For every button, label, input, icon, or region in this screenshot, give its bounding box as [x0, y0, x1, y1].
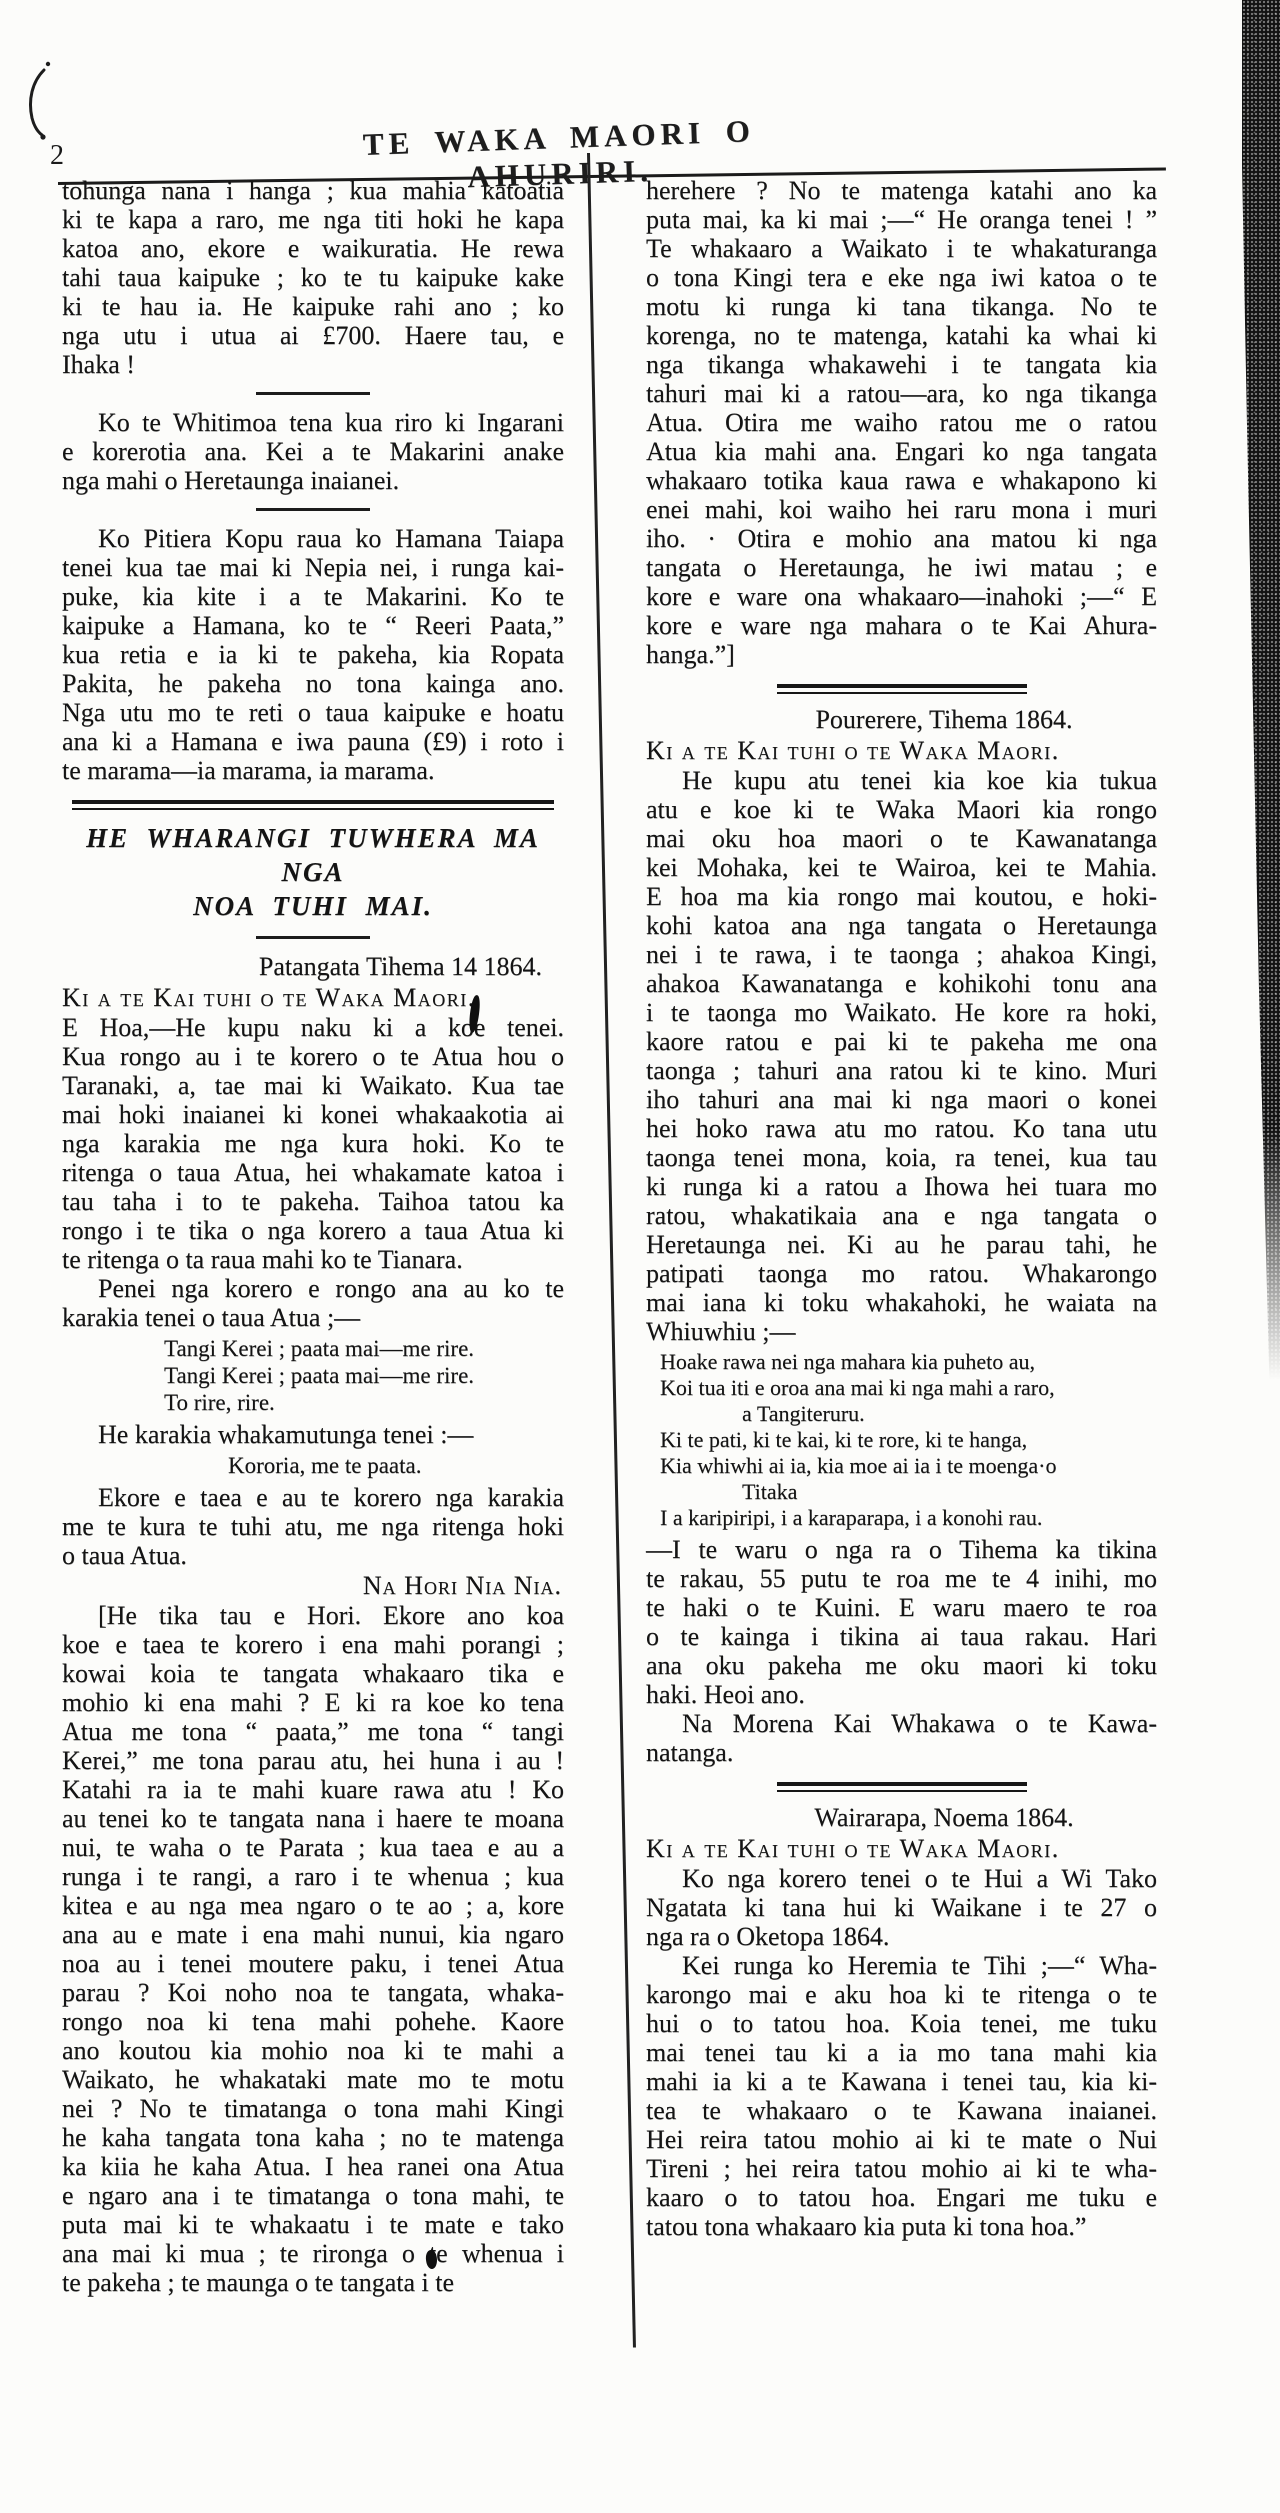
scan-gutter-shadow	[1242, 0, 1280, 1380]
text-line: nui, te waha o te Parata ; kua taea e au…	[62, 1833, 564, 1862]
right-column: herehere ? No te matenga katahi ano kapu…	[646, 176, 1157, 2241]
text-line: rongo noa ki tena mahi pohehe. Kaore	[62, 2007, 564, 2036]
text-line: mai tenei tau ki a ia mo tana mahi kia	[646, 2038, 1157, 2067]
text-line: me te kura te tuhi atu, me nga ritenga h…	[62, 1512, 564, 1541]
text-line: hui o to tatou hoa. Koia tenei, me tuku	[646, 2009, 1157, 2038]
text-line: karakia tenei o taua Atua ;—	[62, 1303, 564, 1332]
text-line: tohunga nana i hanga ; kua mahia katoati…	[62, 176, 564, 205]
text-line: nga ra o Oketopa 1864.	[646, 1922, 1157, 1951]
signature-line: Na Hori Nia Nia.	[62, 1570, 564, 1601]
text-line: ki te hau ia. He kaipuke rahi ano ; ko	[62, 292, 564, 321]
text-line: ki runga ki a ratou a Ihowa hei tuara mo	[646, 1172, 1157, 1201]
text-line: Taranaki, a, tae mai ki Waikato. Kua tae	[62, 1071, 564, 1100]
text-line: Ekore e taea e au te korero nga karakia	[62, 1483, 564, 1512]
text-line: kaaro o to tatou hoa. Engari me tuku e	[646, 2183, 1157, 2212]
text-line: o tona Kingi tera e eke nga iwi katoa o …	[646, 263, 1157, 292]
salutation-line: Ki a te Kai tuhi o te Waka Maori.	[646, 1833, 1157, 1864]
text-line: mai hoki inaianei ki konei whakaakotia a…	[62, 1100, 564, 1129]
text-line: parau ? Koi noho noa te tangata, whaka-	[62, 1978, 564, 2007]
paragraph: E Hoa,—He kupu naku ki a koe tenei.Kua r…	[62, 1013, 564, 1274]
text-line: whakaaro totika kaua rawa e whakapono ki	[646, 466, 1157, 495]
text-line: au tenei ko te tangata nana i haere te m…	[62, 1804, 564, 1833]
paragraph: Ko Pitiera Kopu raua ko Hamana Taiapaten…	[62, 524, 564, 785]
text-line: o taua Atua.	[62, 1541, 564, 1570]
left-column: tohunga nana i hanga ; kua mahia katoati…	[62, 176, 564, 2297]
text-line: tatou tona whakaaro kia puta ki tona hoa…	[646, 2212, 1157, 2241]
verse-line: Titaka	[742, 1479, 1157, 1505]
text-line: Ko nga korero tenei o te Hui a Wi Tako	[646, 1864, 1157, 1893]
text-line: E hoa ma kia rongo mai koutou, e hoki-	[646, 882, 1157, 911]
text-line: ka kiia he kaha Atua. I hea ranei ona At…	[62, 2152, 564, 2181]
text-line: Ko Pitiera Kopu raua ko Hamana Taiapa	[62, 524, 564, 553]
text-line: puta mai ki te whakaatu i te mate e tako	[62, 2210, 564, 2239]
text-line: karongo mai e aku hoa ki te ritenga o te	[646, 1980, 1157, 2009]
text-line: he kaha tangata tona kaha ; no te mateng…	[62, 2123, 564, 2152]
text-line: iho tahuri ana mai ki nga maori o konei	[646, 1085, 1157, 1114]
text-line: kei Mohaka, kei te Wairoa, kei te Mahia.	[646, 853, 1157, 882]
verse-line: Hoake rawa nei nga mahara kia puheto au,	[660, 1349, 1157, 1375]
paragraph: tohunga nana i hanga ; kua mahia katoati…	[62, 176, 564, 379]
paragraph: Ko nga korero tenei o te Hui a Wi TakoNg…	[646, 1864, 1157, 1951]
text-line: Tireni ; hei reira tatou mohio ai ki te …	[646, 2154, 1157, 2183]
text-line: kowai koia te tangata whakaaro tika e	[62, 1659, 564, 1688]
text-line: puta mai, ka ki mai ;—“ He oranga tenei …	[646, 205, 1157, 234]
text-line: Ko te Whitimoa tena kua riro ki Ingarani	[62, 408, 564, 437]
text-line: Heretaunga nei. Ki au he parau tahi, he	[646, 1230, 1157, 1259]
verse-block: Hoake rawa nei nga mahara kia puheto au,…	[660, 1349, 1157, 1531]
verse-line: Tangi Kerei ; paata mai—me rire.	[164, 1335, 564, 1362]
verse-line: Kia whiwhi ai ia, kia moe ai ia i te moe…	[660, 1453, 1157, 1479]
text-line: nei i te rawa, i te taonga ; ahakoa King…	[646, 940, 1157, 969]
text-line: ritenga o taua Atua, hei whakamate katoa…	[62, 1158, 564, 1187]
text-line: tenei kua tae mai ki Nepia nei, i runga …	[62, 553, 564, 582]
text-line: mai iana ki toku whakahoki, he waiata na	[646, 1288, 1157, 1317]
paragraph: Ekore e taea e au te korero nga karakiam…	[62, 1483, 564, 1570]
text-line: kaipuke a Hamana, ko te “ Reeri Paata,”	[62, 611, 564, 640]
verse-block: Kororia, me te paata.	[164, 1452, 564, 1479]
text-line: hei hoko rawa atu mo ratou. Ko tana utu	[646, 1114, 1157, 1143]
text-line: nga karakia me nga kura hoki. Ko te	[62, 1129, 564, 1158]
text-line: mai oku hoa maori o te Kawanatanga	[646, 824, 1157, 853]
text-line: kua retia e ia ki te pakeha, kia Ropata	[62, 640, 564, 669]
text-line: te marama—ia marama, ia marama.	[62, 756, 564, 785]
text-line: Kua rongo au i te korero o te Atua hou o	[62, 1042, 564, 1071]
verse-line: Koi tua iti e oroa ana mai ki nga mahi a…	[660, 1375, 1157, 1401]
text-line: Te whakaaro a Waikato i te whakaturanga	[646, 234, 1157, 263]
heading-line: HE WHARANGI TUWHERA MA NGA	[62, 821, 564, 889]
salutation-line: Ki a te Kai tuhi o te Waka Maori.	[62, 982, 564, 1013]
text-line: atu e koe ki te Waka Maori kia rongo	[646, 795, 1157, 824]
newspaper-page: 2 TE WAKA MAORI O AHURIRI. tohunga nana …	[0, 0, 1280, 2513]
verse-line: Kororia, me te paata.	[228, 1452, 564, 1479]
text-line: te ritenga o ta raua mahi ko te Tianara.	[62, 1245, 564, 1274]
paragraph: herehere ? No te matenga katahi ano kapu…	[646, 176, 1157, 669]
text-line: natanga.	[646, 1738, 1157, 1767]
text-line: mahi ia ki a te Kawana i tenei tau, kia …	[646, 2067, 1157, 2096]
text-line: tangata o Heretaunga, he iwi matau ; e	[646, 553, 1157, 582]
text-line: ana mai ki mua ; te rironga o te whenua …	[62, 2239, 564, 2268]
text-line: Nga utu mo te reti o taua kaipuke e hoat…	[62, 698, 564, 727]
text-line: e korerotia ana. Kei a te Makarini anake	[62, 437, 564, 466]
paragraph: [He tika tau e Hori. Ekore ano koakoe e …	[62, 1601, 564, 2297]
heading-line: NOA TUHI MAI.	[62, 889, 564, 923]
text-line: o te kainga i tikina ai taua rakau. Hari	[646, 1622, 1157, 1651]
section-rule	[256, 936, 370, 939]
text-line: Katahi ra ia te mahi kuare rawa atu ! Ko	[62, 1775, 564, 1804]
column-divider-rule	[587, 153, 635, 2348]
text-line: Waikato, he whakataki mate mo te motu	[62, 2065, 564, 2094]
section-rule	[256, 508, 370, 511]
text-line: noa au i tenei moutere paku, i tenei Atu…	[62, 1949, 564, 1978]
text-line: herehere ? No te matenga katahi ano ka	[646, 176, 1157, 205]
text-line: ratou, whakatikaia ana e nga tangata o	[646, 1201, 1157, 1230]
text-line: iho. · Otira e mohio ana matou ki nga	[646, 524, 1157, 553]
paragraph: Ko te Whitimoa tena kua riro ki Ingarani…	[62, 408, 564, 495]
text-line: Atua. Otira me waiho ratou me o ratou	[646, 408, 1157, 437]
text-line: Atua me tona “ paata,” me tona “ tangi	[62, 1717, 564, 1746]
text-line: nei ? No te timatanga o tona mahi Kingi	[62, 2094, 564, 2123]
text-line: tahi taua kaipuke ; ko te tu kaipuke kak…	[62, 263, 564, 292]
section-heading: HE WHARANGI TUWHERA MA NGANOA TUHI MAI.	[62, 821, 564, 923]
text-line: He kupu atu tenei kia koe kia tukua	[646, 766, 1157, 795]
text-line: Penei nga korero e rongo ana au ko te	[62, 1274, 564, 1303]
dateline: Patangata Tihema 14 1864.	[62, 952, 564, 982]
verse-line: I a karipiripi, i a karaparapa, i a kono…	[660, 1505, 1157, 1531]
paragraph: Kei runga ko Heremia te Tihi ;—“ Wha-kar…	[646, 1951, 1157, 2241]
text-line: haki. Heoi ano.	[646, 1680, 1157, 1709]
text-line: ano koutou kia mohio noa ki te mahi a	[62, 2036, 564, 2065]
text-line: te rakau, 55 putu te roa me te 4 inihi, …	[646, 1564, 1157, 1593]
text-line: tea te whakaaro o te Kawana inaianei.	[646, 2096, 1157, 2125]
text-line: He karakia whakamutunga tenei :—	[62, 1420, 564, 1449]
text-line: Ngatata ki tana hui ki Waikane i te 27 o	[646, 1893, 1157, 1922]
text-line: nga mahi o Heretaunga inaianei.	[62, 466, 564, 495]
text-line: ana ki a Hamana e iwa pauna (£9) i roto …	[62, 727, 564, 756]
text-line: nga utu i utua ai £700. Haere tau, e	[62, 321, 564, 350]
text-line: enei mahi, koi waiho hei raru mona i mur…	[646, 495, 1157, 524]
text-line: taonga ; tahuri ana ratou ki te kino. Mu…	[646, 1056, 1157, 1085]
text-line: kitea e au nga mea ngaro o te ao ; a, ko…	[62, 1891, 564, 1920]
text-line: koe e taea te korero i ena mahi porangi …	[62, 1630, 564, 1659]
paragraph: Penei nga korero e rongo ana au ko tekar…	[62, 1274, 564, 1332]
text-line: Pakita, he pakeha no tona kainga ano.	[62, 669, 564, 698]
paragraph: He kupu atu tenei kia koe kia tukuaatu e…	[646, 766, 1157, 1346]
paragraph: He karakia whakamutunga tenei :—	[62, 1420, 564, 1449]
text-line: ki te kapa a raro, me nga titi hoki he k…	[62, 205, 564, 234]
text-line: kohi katoa ana nga tangata o Heretaunga	[646, 911, 1157, 940]
text-line: ana au e mate i ena mahi nunui, kia ngar…	[62, 1920, 564, 1949]
text-line: e ngaro ana i te timatanga o tona mahi, …	[62, 2181, 564, 2210]
text-line: kaore ratou e pai ki te pakeha me ona	[646, 1027, 1157, 1056]
text-line: te pakeha ; te maunga o te tangata i te	[62, 2268, 564, 2297]
text-line: tau taha i to te pakeha. Taihoa tatou ka	[62, 1187, 564, 1216]
text-line: puke, kia kite i a te Makarini. Ko te	[62, 582, 564, 611]
double-rule	[72, 800, 554, 810]
page-number: 2	[50, 140, 64, 172]
text-line: Na Morena Kai Whakawa o te Kawa-	[646, 1709, 1157, 1738]
text-line: motu ki runga ki tana tikanga. No te	[646, 292, 1157, 321]
text-line: runga i te rangi, a raro i te whenua ; k…	[62, 1862, 564, 1891]
text-line: rongo i te tika o nga korero a taua Atua…	[62, 1216, 564, 1245]
text-line: Atua kia mahi ana. Engari ko nga tangata	[646, 437, 1157, 466]
verse-line: Ki te pati, ki te kai, ki te rore, ki te…	[660, 1427, 1157, 1453]
text-line: —I te waru o nga ra o Tihema ka tikina	[646, 1535, 1157, 1564]
salutation-line: Ki a te Kai tuhi o te Waka Maori.	[646, 735, 1157, 766]
text-line: korenga, no te matenga, katahi ka whai k…	[646, 321, 1157, 350]
dateline: Pourerere, Tihema 1864.	[646, 705, 1157, 735]
text-line: [He tika tau e Hori. Ekore ano koa	[62, 1601, 564, 1630]
section-rule	[256, 392, 370, 395]
paragraph: Na Morena Kai Whakawa o te Kawa-natanga.	[646, 1709, 1157, 1767]
text-line: patipati taonga mo ratou. Whakarongo	[646, 1259, 1157, 1288]
text-line: E Hoa,—He kupu naku ki a koe tenei.	[62, 1013, 564, 1042]
text-line: nga tikanga whakawehi i te tangata kia	[646, 350, 1157, 379]
double-rule	[777, 1782, 1027, 1792]
text-line: Ihaka !	[62, 350, 564, 379]
text-line: kore e ware nga mahara o te Kai Ahura-	[646, 611, 1157, 640]
double-rule	[777, 684, 1027, 694]
verse-line: a Tangiteruru.	[742, 1401, 1157, 1427]
text-line: mohio ki ena mahi ? E ki ra koe ko tena	[62, 1688, 564, 1717]
text-line: Hei reira tatou mohio ai ki te mate o Nu…	[646, 2125, 1157, 2154]
text-line: i te taonga mo Waikato. He kore ra hoki,	[646, 998, 1157, 1027]
handwritten-paren-mark	[22, 60, 56, 144]
dateline: Wairarapa, Noema 1864.	[646, 1803, 1157, 1833]
text-line: Kerei,” me tona parau atu, hei huna i au…	[62, 1746, 564, 1775]
text-line: kore e ware ona whakaaro—inahoki ;—“ E	[646, 582, 1157, 611]
text-line: taonga tenei mona, koia, ra tenei, kua t…	[646, 1143, 1157, 1172]
text-line: te haki o te Kuini. E waru maero te roa	[646, 1593, 1157, 1622]
verse-line: To rire, rire.	[164, 1389, 564, 1416]
verse-block: Tangi Kerei ; paata mai—me rire.Tangi Ke…	[164, 1335, 564, 1416]
text-line: ana oku pakeha me oku maori ki toku	[646, 1651, 1157, 1680]
paragraph: —I te waru o nga ra o Tihema ka tikinate…	[646, 1535, 1157, 1709]
text-line: Whiuwhiu ;—	[646, 1317, 1157, 1346]
text-line: ahakoa Kawanatanga e kohikohi tonu ana	[646, 969, 1157, 998]
text-line: tahuri mai ki a ratou—ara, ko nga tikang…	[646, 379, 1157, 408]
text-line: hanga.”]	[646, 640, 1157, 669]
verse-line: Tangi Kerei ; paata mai—me rire.	[164, 1362, 564, 1389]
text-line: Kei runga ko Heremia te Tihi ;—“ Wha-	[646, 1951, 1157, 1980]
text-line: katoa ano, ekore e waikuratia. He rewa	[62, 234, 564, 263]
